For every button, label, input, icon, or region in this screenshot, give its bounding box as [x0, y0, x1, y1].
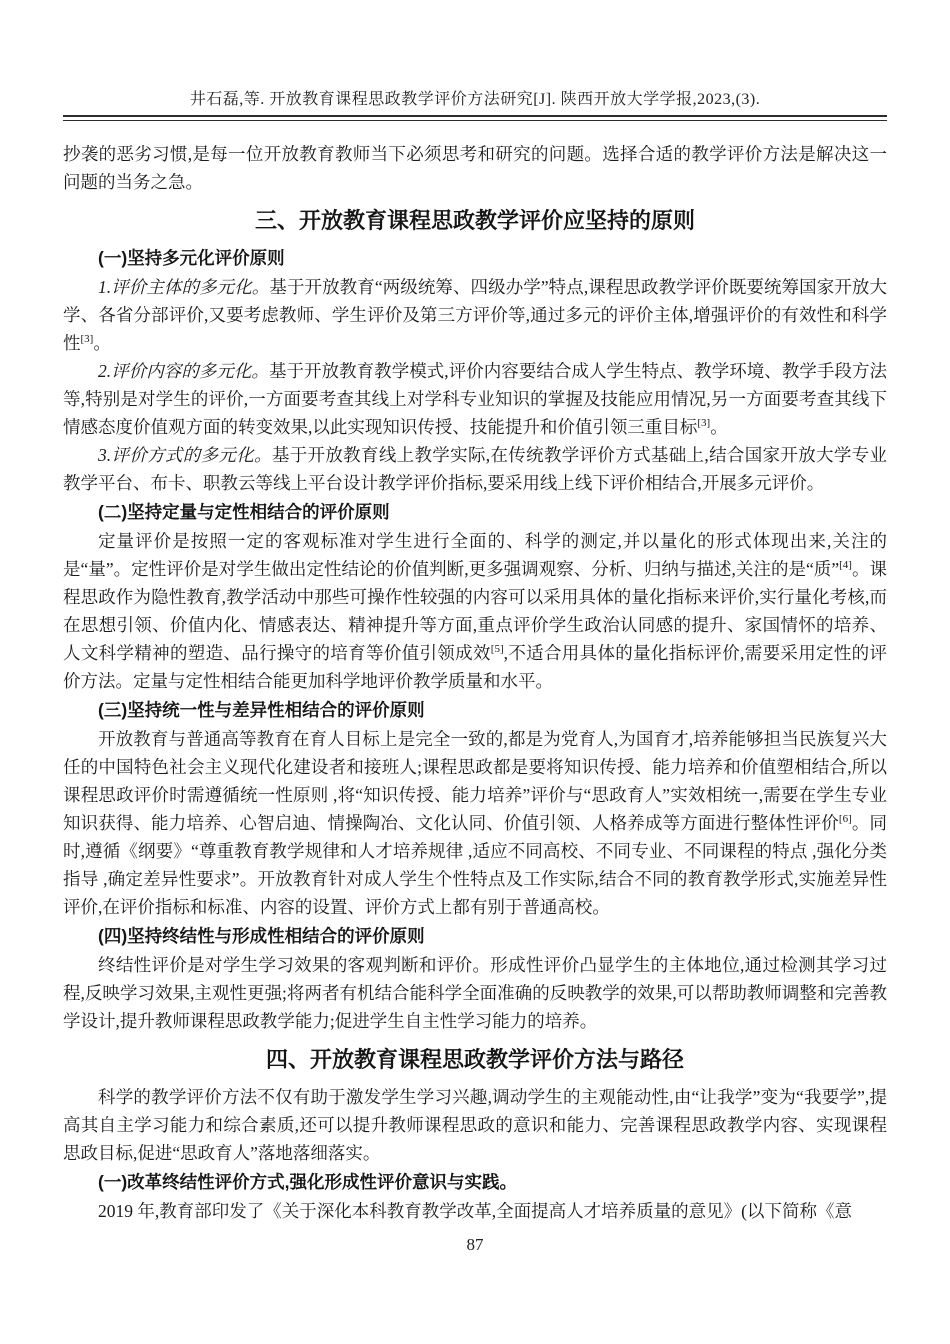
article-body: 抄袭的恶劣习惯,是每一位开放教育教师当下必须思考和研究的问题。选择合适的教学评价…: [63, 140, 887, 1225]
subheading-principle-four: (四)坚持终结性与形成性相结合的评价原则: [63, 922, 887, 950]
paragraph-ministry-document: 2019 年,教育部印发了《关于深化本科教育教学改革,全面提高人才培养质量的意见…: [63, 1197, 887, 1225]
paragraph-lead: 1.评价主体的多元化。: [98, 277, 269, 297]
paragraph-text: 。: [710, 417, 728, 437]
paragraph-unity-difference: 开放教育与普通高等教育在育人目标上是完全一致的,都是为党育人,为国育才,培养能够…: [63, 725, 887, 921]
citation-ref-6: [6]: [839, 813, 852, 825]
section-heading-four: 四、开放教育课程思政教学评价方法与路径: [63, 1046, 887, 1074]
header-divider-rule: [63, 115, 887, 121]
running-head-citation: 井石磊,等. 开放教育课程思政教学评价方法研究[J]. 陕西开放大学学报,202…: [63, 86, 887, 109]
paragraph-text: 定量评价是按照一定的客观标准对学生进行全面的、科学的测定,并以量化的形式体现出来…: [63, 531, 887, 579]
citation-ref-3: [3]: [81, 333, 94, 345]
subheading-reform-evaluation: (一)改革终结性评价方式,强化形成性评价意识与实践。: [63, 1168, 887, 1196]
subheading-principle-one: (一)坚持多元化评价原则: [63, 244, 887, 272]
paragraph-eval-method: 3.评价方式的多元化。基于开放教育线上教学实际,在传统教学评价方式基础上,结合国…: [63, 441, 887, 497]
page-number: 87: [63, 1235, 887, 1255]
paragraph-text: 开放教育与普通高等教育在育人目标上是完全一致的,都是为党育人,为国育才,培养能够…: [63, 729, 887, 833]
paragraph-summative-formative: 终结性评价是对学生学习效果的客观判断和评价。形成性评价凸显学生的主体地位,通过检…: [63, 951, 887, 1035]
paragraph-section-four-intro: 科学的教学评价方法不仅有助于激发学生学习兴趣,调动学生的主观能动性,由“让我学”…: [63, 1083, 887, 1167]
citation-ref-4: [4]: [839, 559, 852, 571]
journal-page: 井石磊,等. 开放教育课程思政教学评价方法研究[J]. 陕西开放大学学报,202…: [0, 0, 950, 1344]
paragraph-quantitative-qualitative: 定量评价是按照一定的客观标准对学生进行全面的、科学的测定,并以量化的形式体现出来…: [63, 527, 887, 695]
paragraph-lead: 3.评价方式的多元化。: [98, 445, 272, 465]
section-heading-three: 三、开放教育课程思政教学评价应坚持的原则: [63, 207, 887, 235]
citation-ref-5: [5]: [491, 643, 504, 655]
paragraph-eval-subject: 1.评价主体的多元化。基于开放教育“两级统筹、四级办学”特点,课程思政教学评价既…: [63, 273, 887, 357]
paragraph-lead: 2.评价内容的多元化。: [98, 361, 269, 381]
paragraph-eval-content: 2.评价内容的多元化。基于开放教育教学模式,评价内容要结合成人学生特点、教学环境…: [63, 357, 887, 441]
paragraph-intro-continuation: 抄袭的恶劣习惯,是每一位开放教育教师当下必须思考和研究的问题。选择合适的教学评价…: [63, 140, 887, 196]
subheading-principle-three: (三)坚持统一性与差异性相结合的评价原则: [63, 696, 887, 724]
paragraph-text: 。: [93, 333, 111, 353]
citation-ref-3: [3]: [697, 417, 710, 429]
subheading-principle-two: (二)坚持定量与定性相结合的评价原则: [63, 498, 887, 526]
